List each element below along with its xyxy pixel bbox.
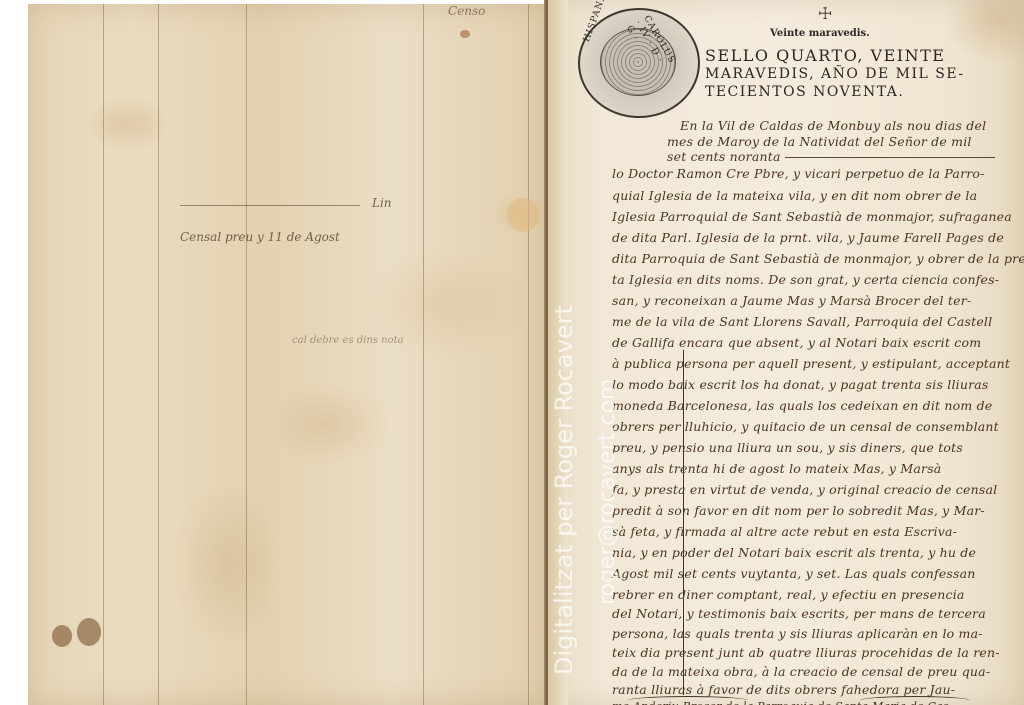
text-line: da de la mateixa obra, à la creacio de c… xyxy=(612,664,990,679)
text-line: predit à son favor en dit nom per lo sob… xyxy=(612,503,985,518)
text-line: Agost mil set cents vuytanta, y set. Las… xyxy=(612,566,976,581)
text-line: fa, y presta en virtut de venda, y origi… xyxy=(612,482,997,497)
royal-seal: HISPANIAR · REX · CAROLUS · IV · D · G · xyxy=(578,8,700,118)
text-line: ta Iglesia en dits noms. De son grat, y … xyxy=(612,272,999,287)
text-line: me de la vila de Sant Llorens Savall, Pa… xyxy=(612,314,992,329)
stain xyxy=(77,618,101,646)
text-line: del Notari, y testimonis baix escrits, p… xyxy=(612,606,986,621)
text-line: lo Doctor Ramon Cre Pbre, y vicari perpe… xyxy=(612,166,985,181)
watermark-line-1: Digitalitzat per Roger Rocavert xyxy=(550,305,578,675)
cross-icon: ☩ xyxy=(818,4,832,23)
fold-line xyxy=(103,4,104,705)
left-faded-note: cal debre es dins nota xyxy=(292,335,404,346)
stain xyxy=(52,625,72,647)
text-line: persona, las quals trenta y sis lliuras … xyxy=(612,626,983,641)
fold-line xyxy=(528,4,529,705)
text-line: En la Vil de Caldas de Monbuy als nou di… xyxy=(680,118,986,133)
fold-line xyxy=(158,4,159,705)
stamp-heading-line-1: SELLO QUARTO, VEINTE xyxy=(705,46,945,65)
text-line: set cents noranta xyxy=(667,149,781,164)
text-line: ranta lliuras à favor de dits obrers fah… xyxy=(612,682,955,697)
flourish xyxy=(628,696,748,705)
text-line: teix dia present junt ab quatre lliuras … xyxy=(612,645,1000,660)
text-line: obrers per lluhicio, y quitacio de un ce… xyxy=(612,419,999,434)
fold-line xyxy=(246,4,247,705)
text-line: nia, y en poder del Notari baix escrit a… xyxy=(612,545,976,560)
text-line: de Gallifa encara que absent, y al Notar… xyxy=(612,335,981,350)
left-note-1: Lin xyxy=(372,196,392,210)
text-line: à publica persona per aquell present, y … xyxy=(612,356,1010,371)
text-line: preu, y pensio una lliura un sou, y sis … xyxy=(612,440,963,455)
text-line: de dita Parl. Iglesia de la prnt. vila, … xyxy=(612,230,1004,245)
text-line: Iglesia Parroquial de Sant Sebastià de m… xyxy=(612,209,1012,224)
stamp-heading-line-3: TECIENTOS NOVENTA. xyxy=(705,84,904,100)
left-page xyxy=(28,4,548,705)
document-scan: Censo Lin Censal preu y 11 de Agost cal … xyxy=(0,0,1024,705)
left-top-scrawl: Censo xyxy=(448,4,485,18)
left-rule xyxy=(180,205,360,206)
stamp-denomination: Veinte maravedis. xyxy=(770,28,870,39)
text-line: mes de Maroy de la Natividat del Señor d… xyxy=(667,134,972,149)
text-line: anys als trenta hi de agost lo mateix Ma… xyxy=(612,461,941,476)
text-line: lo modo baix escrit los ha donat, y paga… xyxy=(612,377,989,392)
text-line: sà feta, y firmada al altre acte rebut e… xyxy=(612,524,957,539)
text-line: dita Parroquia de Sant Sebastià de monma… xyxy=(612,251,1024,266)
text-line: rebrer en diner comptant, real, y efecti… xyxy=(612,587,965,602)
flourish xyxy=(860,696,970,705)
text-line: quial Iglesia de la mateixa vila, y en d… xyxy=(612,188,977,203)
fold-line xyxy=(423,4,424,705)
stamp-heading-line-2: MARAVEDIS, AÑO DE MIL SE- xyxy=(705,66,965,82)
stain xyxy=(460,30,470,38)
text-line: moneda Barcelonesa, las quals los cedeix… xyxy=(612,398,992,413)
heading-rule xyxy=(785,157,995,158)
stain xyxy=(507,198,539,232)
text-line: san, y reconeixan a Jaume Mas y Marsà Br… xyxy=(612,293,971,308)
left-note-2: Censal preu y 11 de Agost xyxy=(180,230,340,244)
watermark-line-2: roger@rocavert.com xyxy=(595,379,620,605)
